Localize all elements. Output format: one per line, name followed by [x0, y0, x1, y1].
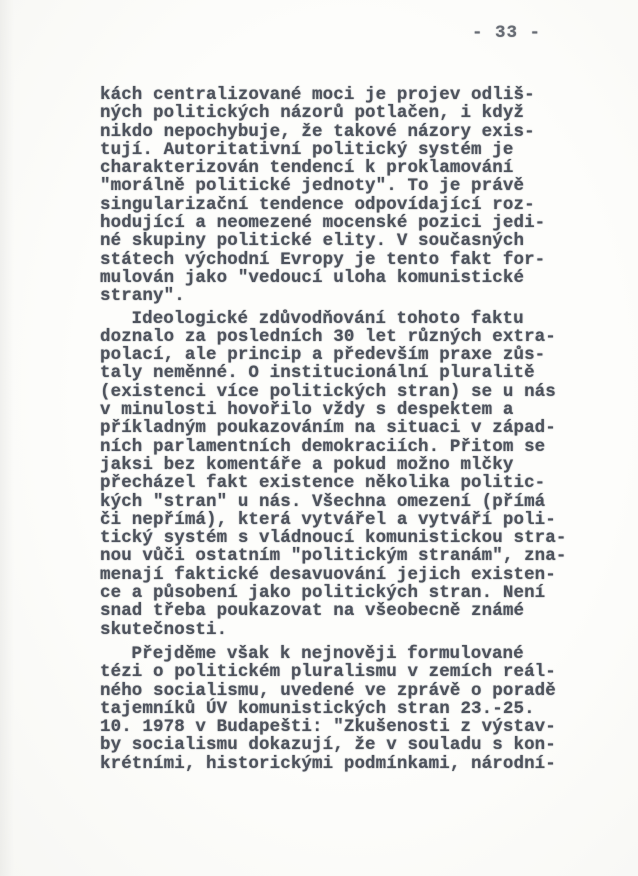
- paragraph: Ideologické zdůvodňování tohoto faktu do…: [100, 310, 586, 639]
- paragraph: Přejděme však k nejnověji formulované té…: [100, 645, 586, 773]
- paragraph-continued: kách centralizované moci je projev odliš…: [100, 86, 586, 306]
- page-number: - 33 -: [472, 23, 541, 43]
- document-body: kách centralizované moci je projev odliš…: [100, 86, 586, 773]
- scanned-document-page: - 33 - kách centralizované moci je proje…: [0, 0, 638, 876]
